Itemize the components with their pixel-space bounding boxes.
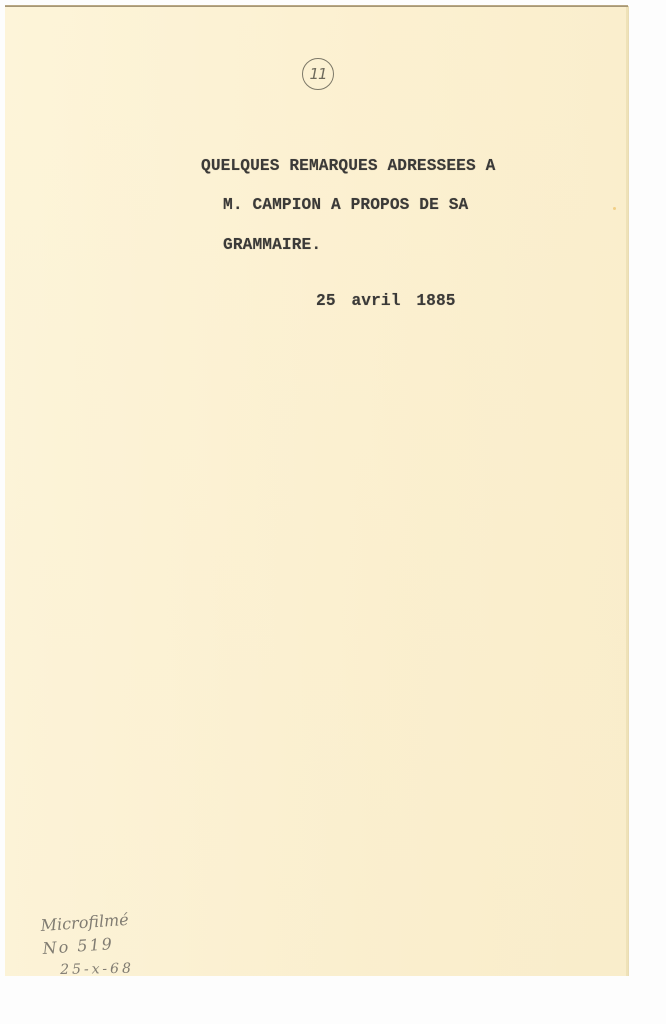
document-page: 11 QUELQUES REMARQUES ADRESSEES A M. CAM… [5, 6, 628, 976]
title-line-1: QUELQUES REMARQUES ADRESSEES A [201, 157, 495, 175]
folio-number-circled: 11 [302, 58, 334, 90]
microfilm-annotation-number: No 519 [42, 934, 114, 959]
title-line-2: M. CAMPION A PROPOS DE SA [223, 196, 468, 214]
microfilm-annotation-label: Microfilmé [40, 910, 129, 936]
title-line-3: GRAMMAIRE. [223, 236, 321, 254]
paper-speck [613, 207, 616, 210]
document-date: 25 avril 1885 [316, 292, 456, 310]
microfilm-annotation-date: 25-x-68 [60, 959, 134, 980]
page-edge [626, 7, 628, 976]
